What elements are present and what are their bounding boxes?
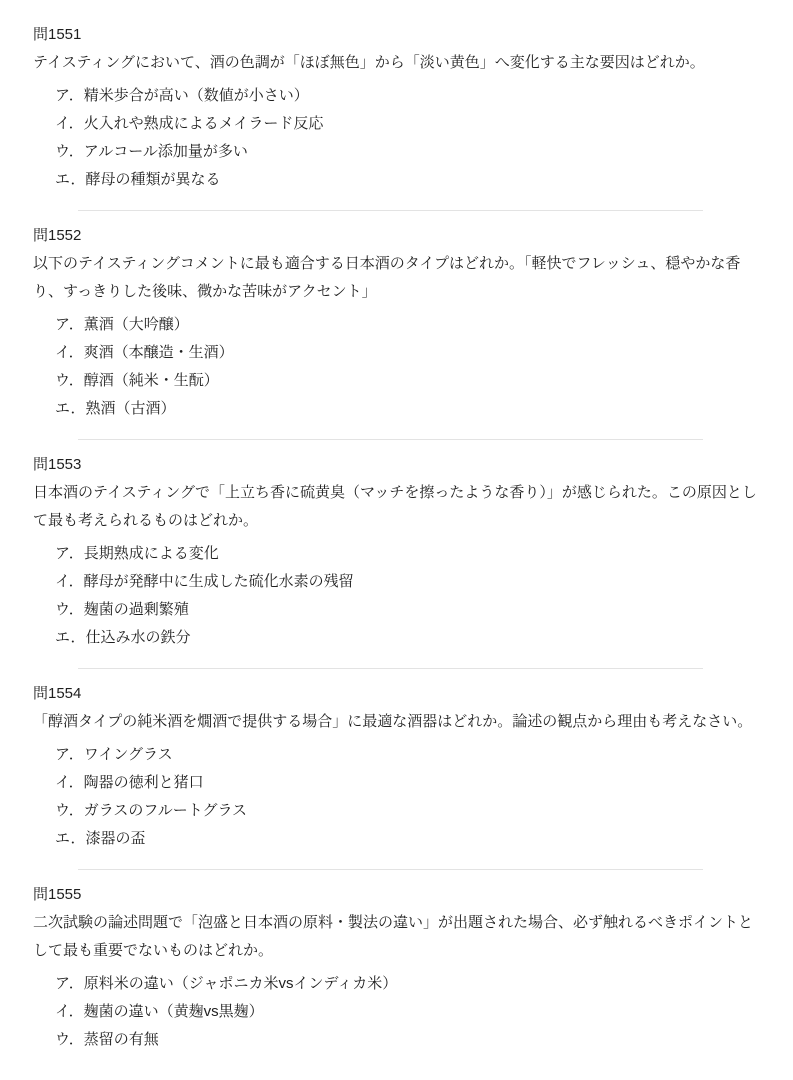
option-u: ウ．醇酒（純米・生酛） xyxy=(33,367,763,395)
option-a: ア．精米歩合が高い（数値が小さい） xyxy=(33,82,763,110)
option-i: イ．火入れや熟成によるメイラード反応 xyxy=(33,110,763,138)
options-list: ア．薫酒（大吟醸） イ．爽酒（本醸造・生酒） ウ．醇酒（純米・生酛） エ．熟酒（… xyxy=(33,311,763,423)
question-divider xyxy=(78,210,703,211)
option-a: ア．長期熟成による変化 xyxy=(33,540,763,568)
question-block-1552: 問1552 以下のテイスティングコメントに最も適合する日本酒のタイプはどれか。「… xyxy=(33,222,763,423)
option-u: ウ．蒸留の有無 xyxy=(33,1026,763,1054)
option-e: エ．熟酒（古酒） xyxy=(33,395,763,423)
option-u: ウ．ガラスのフルートグラス xyxy=(33,797,763,825)
question-number: 問1555 xyxy=(33,881,763,909)
question-text: 二次試験の論述問題で「泡盛と日本酒の原料・製法の違い」が出題された場合、必ず触れ… xyxy=(33,909,763,965)
options-list: ア．精米歩合が高い（数値が小さい） イ．火入れや熟成によるメイラード反応 ウ．ア… xyxy=(33,82,763,194)
question-block-1551: 問1551 テイスティングにおいて、酒の色調が「ほぼ無色」から「淡い黄色」へ変化… xyxy=(33,21,763,194)
option-i: イ．酵母が発酵中に生成した硫化水素の残留 xyxy=(33,568,763,596)
options-list: ア．長期熟成による変化 イ．酵母が発酵中に生成した硫化水素の残留 ウ．麹菌の過剰… xyxy=(33,540,763,652)
question-block-1555: 問1555 二次試験の論述問題で「泡盛と日本酒の原料・製法の違い」が出題された場… xyxy=(33,881,763,1054)
question-text: 以下のテイスティングコメントに最も適合する日本酒のタイプはどれか。「軽快でフレッ… xyxy=(33,250,763,306)
question-block-1554: 問1554 「醇酒タイプの純米酒を燗酒で提供する場合」に最適な酒器はどれか。論述… xyxy=(33,680,763,853)
option-e: エ．仕込み水の鉄分 xyxy=(33,624,763,652)
option-i: イ．麹菌の違い（黄麹vs黒麹） xyxy=(33,998,763,1026)
question-number: 問1553 xyxy=(33,451,763,479)
options-list: ア．ワイングラス イ．陶器の徳利と猪口 ウ．ガラスのフルートグラス エ．漆器の盃 xyxy=(33,741,763,853)
option-u: ウ．麹菌の過剰繁殖 xyxy=(33,596,763,624)
question-text: 日本酒のテイスティングで「上立ち香に硫黄臭（マッチを擦ったような香り）」が感じら… xyxy=(33,479,763,535)
option-a: ア．ワイングラス xyxy=(33,741,763,769)
question-text: 「醇酒タイプの純米酒を燗酒で提供する場合」に最適な酒器はどれか。論述の観点から理… xyxy=(33,708,763,736)
option-e: エ．酵母の種類が異なる xyxy=(33,166,763,194)
option-a: ア．原料米の違い（ジャポニカ米vsインディカ米） xyxy=(33,970,763,998)
options-list: ア．原料米の違い（ジャポニカ米vsインディカ米） イ．麹菌の違い（黄麹vs黒麹）… xyxy=(33,970,763,1054)
question-divider xyxy=(78,869,703,870)
option-i: イ．陶器の徳利と猪口 xyxy=(33,769,763,797)
question-number: 問1554 xyxy=(33,680,763,708)
question-divider xyxy=(78,439,703,440)
question-number: 問1551 xyxy=(33,21,763,49)
option-e: エ．漆器の盃 xyxy=(33,825,763,853)
option-u: ウ．アルコール添加量が多い xyxy=(33,138,763,166)
question-number: 問1552 xyxy=(33,222,763,250)
question-text: テイスティングにおいて、酒の色調が「ほぼ無色」から「淡い黄色」へ変化する主な要因… xyxy=(33,49,763,77)
quiz-document-page: 問1551 テイスティングにおいて、酒の色調が「ほぼ無色」から「淡い黄色」へ変化… xyxy=(0,0,793,1054)
option-a: ア．薫酒（大吟醸） xyxy=(33,311,763,339)
question-block-1553: 問1553 日本酒のテイスティングで「上立ち香に硫黄臭（マッチを擦ったような香り… xyxy=(33,451,763,652)
option-i: イ．爽酒（本醸造・生酒） xyxy=(33,339,763,367)
question-divider xyxy=(78,668,703,669)
